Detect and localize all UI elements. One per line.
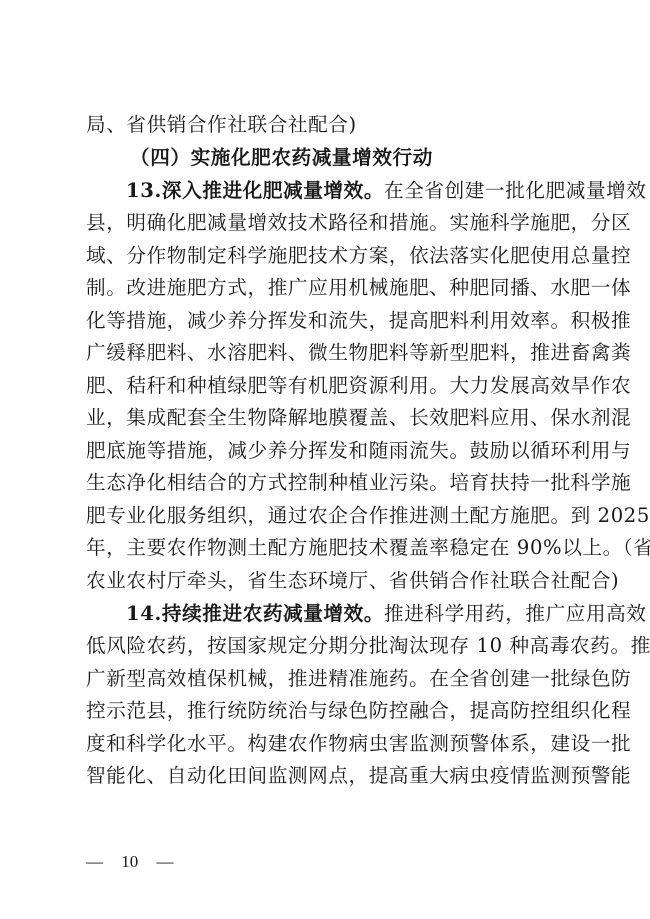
footer-dash-right: — (157, 852, 174, 872)
item-14-first-line: 14.持续推进农药减量增效。推进科学用药，推广应用高效 (126, 602, 566, 626)
text-line: 制。改进施肥方式，推广应用机械施肥、种肥同播、水肥一体 (86, 276, 566, 300)
section-heading: （四）实施化肥农药减量增效行动 (130, 146, 570, 170)
text-line: 广新型高效植保机械，推进精准施药。在全省创建一批绿色防 (86, 667, 566, 691)
item-14-title: 14.持续推进农药减量增效。 (126, 602, 384, 625)
text-span: 推进科学用药，推广应用高效 (384, 602, 647, 625)
text-line: 业，集成配套全生物降解地膜覆盖、长效肥料应用、保水剂混 (86, 406, 566, 430)
item-13-first-line: 13.深入推进化肥减量增效。在全省创建一批化肥减量增效 (126, 179, 566, 203)
text-line: 肥专业化服务组织，通过农企合作推进测土配方施肥。到 2025 (86, 504, 566, 528)
text-line: 年，主要农作物测土配方施肥技术覆盖率稳定在 90%以上。（省 (86, 536, 566, 560)
footer-dash-left: — (86, 852, 103, 872)
text-span: 在全省创建一批化肥减量增效 (384, 179, 647, 202)
text-line: 农业农村厅牵头，省生态环境厅、省供销合作社联合社配合) (86, 569, 566, 593)
document-page: 局、省供销合作社联合社配合) （四）实施化肥农药减量增效行动 13.深入推进化肥… (0, 0, 650, 919)
text-line: 低风险农药，按国家规定分期分批淘汰现存 10 种高毒农药。推 (86, 634, 566, 658)
text-line: 县，明确化肥减量增效技术路径和措施。实施科学施肥，分区 (86, 211, 566, 235)
page-footer: — 10 — (86, 852, 174, 872)
text-line: 肥、秸秆和种植绿肥等有机肥资源利用。大力发展高效旱作农 (86, 374, 566, 398)
text-line: 广缓释肥料、水溶肥料、微生物肥料等新型肥料，推进畜禽粪 (86, 341, 566, 365)
text-line: 控示范县，推行统防统治与绿色防控融合，提高防控组织化程 (86, 699, 566, 723)
text-line: 域、分作物制定科学施肥技术方案，依法落实化肥使用总量控 (86, 244, 566, 268)
item-13-title: 13.深入推进化肥减量增效。 (126, 179, 384, 202)
text-line: 生态净化相结合的方式控制种植业污染。培育扶持一批科学施 (86, 471, 566, 495)
text-line: 肥底施等措施，减少养分挥发和随雨流失。鼓励以循环利用与 (86, 439, 566, 463)
text-line: 化等措施，减少养分挥发和流失，提高肥料利用效率。积极推 (86, 309, 566, 333)
text-line: 智能化、自动化田间监测网点，提高重大病虫疫情监测预警能 (86, 764, 566, 788)
text-line: 局、省供销合作社联合社配合) (86, 113, 566, 137)
text-line: 度和科学化水平。构建农作物病虫害监测预警体系，建设一批 (86, 732, 566, 756)
page-number: 10 (121, 852, 138, 872)
